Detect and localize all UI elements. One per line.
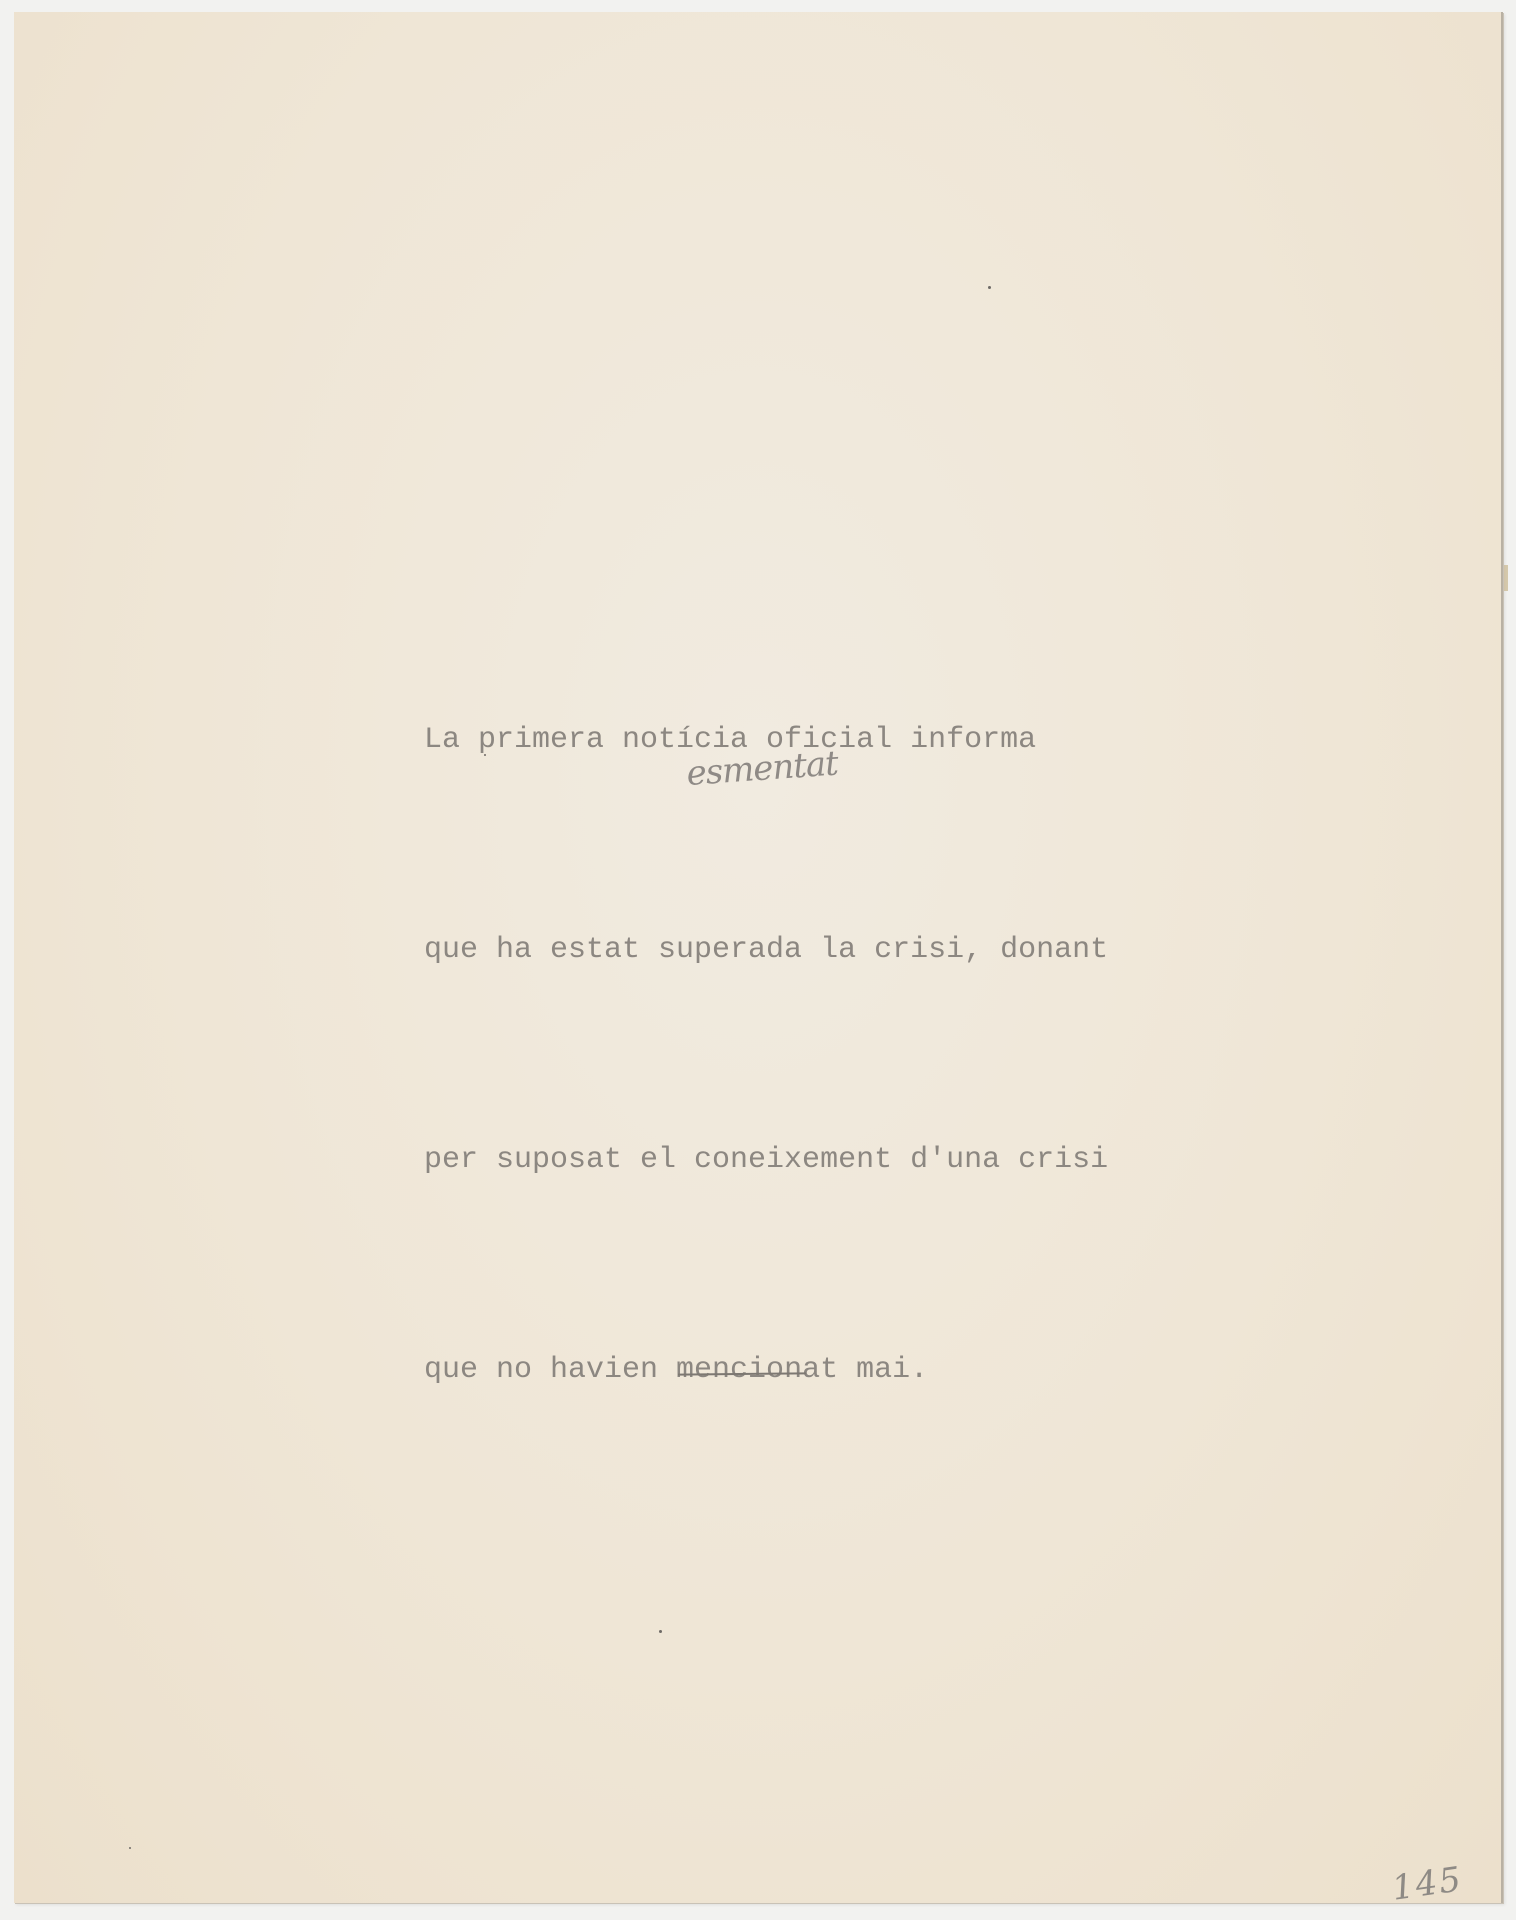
struck-through-word: menciona: [676, 1335, 820, 1405]
paper-edge: [1501, 12, 1503, 1903]
line-4-start: que no havien: [424, 1353, 676, 1387]
line-4-end: t mai.: [820, 1353, 928, 1387]
typed-line-4: que no havien mencionat mai.: [424, 1335, 1108, 1405]
paper-speck: [484, 754, 486, 756]
typed-line-3: per suposat el coneixement d'una crisi: [424, 1125, 1108, 1195]
typed-text-block: La primera notícia oficial informa que h…: [424, 565, 1108, 1545]
paper-speck: [129, 1847, 131, 1849]
paper-speck: [659, 1630, 662, 1633]
page-number: 145: [1390, 1859, 1466, 1908]
typed-line-2: que ha estat superada la crisi, donant: [424, 915, 1108, 985]
paper-sheet: La primera notícia oficial informa que h…: [14, 12, 1503, 1903]
edge-stain: [1504, 565, 1508, 591]
paper-speck: [988, 286, 991, 289]
